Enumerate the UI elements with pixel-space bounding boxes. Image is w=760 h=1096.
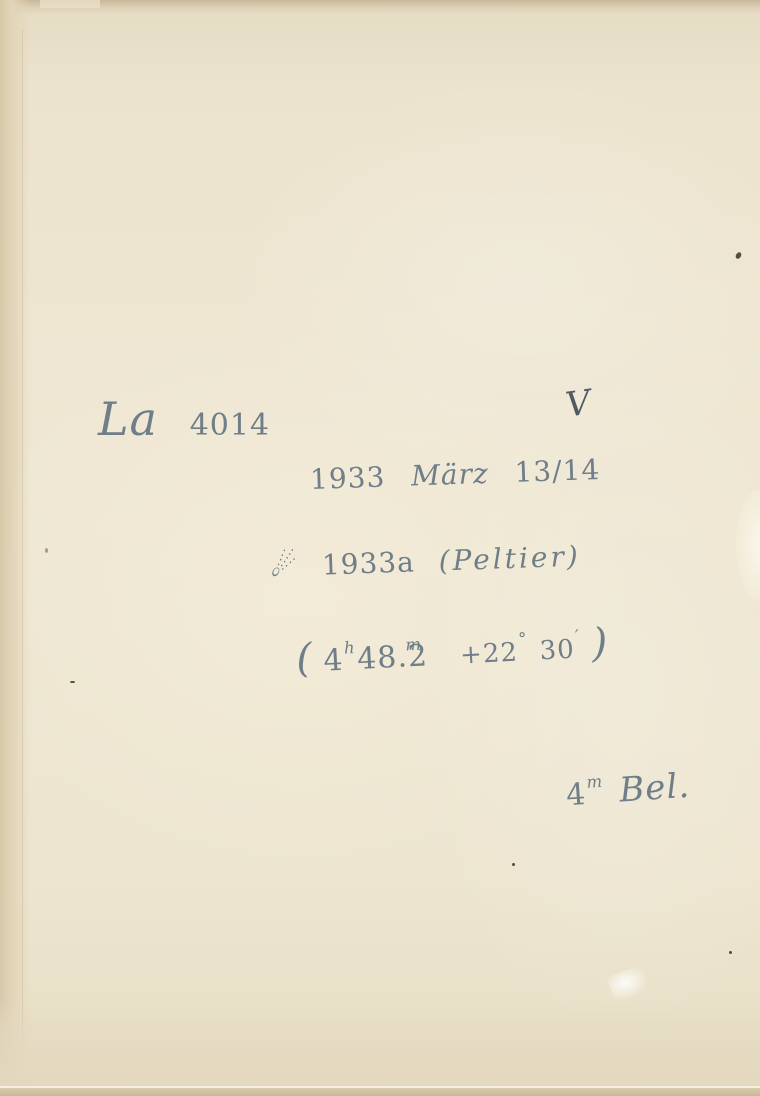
comet-discoverer: (Peltier) <box>438 540 581 578</box>
comet-line: ☄ 1933a (Peltier) <box>269 539 581 585</box>
paper-speck <box>45 548 48 553</box>
exposure-label: Bel. <box>618 766 691 811</box>
paper-bottom-edge <box>0 1000 760 1096</box>
paper-speck <box>512 863 515 866</box>
date-year: 1933 <box>310 460 386 496</box>
ra-minutes-unit: m <box>405 635 423 655</box>
dec-arcmin-unit: ′ <box>575 627 581 646</box>
comet-icon: ☄ <box>269 548 298 584</box>
paper-left-crease <box>22 30 23 1070</box>
catalog-prefix: La <box>98 392 158 446</box>
document-page: La 4014 V 1933 März 13/14 ☄ 1933a (Pelti… <box>0 0 760 1096</box>
date-month: März <box>411 457 490 493</box>
exposure-line: 4m Bel. <box>565 766 692 815</box>
comet-designation: 1933a <box>321 545 415 581</box>
coord-close-paren: ) <box>591 620 610 667</box>
check-mark: V <box>563 382 594 425</box>
paper-left-fold <box>0 0 30 1096</box>
dec-degrees: +22 <box>459 638 518 671</box>
paper-speck <box>70 681 75 683</box>
coord-open-paren: ( <box>295 635 314 682</box>
dec-arcmin: 30 <box>539 635 576 667</box>
paper-top-edge <box>0 0 760 14</box>
paper-right-tear <box>736 490 760 600</box>
catalog-number: 4014 <box>190 408 270 443</box>
paper-speck <box>729 951 732 954</box>
paper-bottom-shadow <box>0 1088 760 1096</box>
catalog-id-line: La 4014 <box>98 392 270 446</box>
date-line: 1933 März 13/14 <box>310 453 601 496</box>
exposure-value: 4 <box>565 777 587 813</box>
date-day: 13/14 <box>514 453 601 489</box>
paper-scuff-mark <box>606 964 653 1004</box>
coordinates-line: ( 4h48.2m +22° 30′ ) <box>295 620 610 682</box>
ra-hours-unit: h <box>343 638 356 658</box>
exposure-unit: m <box>586 772 604 792</box>
paper-top-fold <box>40 0 100 8</box>
paper-speck <box>735 251 743 260</box>
ra-hours: 4 <box>323 643 345 679</box>
dec-degrees-unit: ° <box>518 629 528 648</box>
